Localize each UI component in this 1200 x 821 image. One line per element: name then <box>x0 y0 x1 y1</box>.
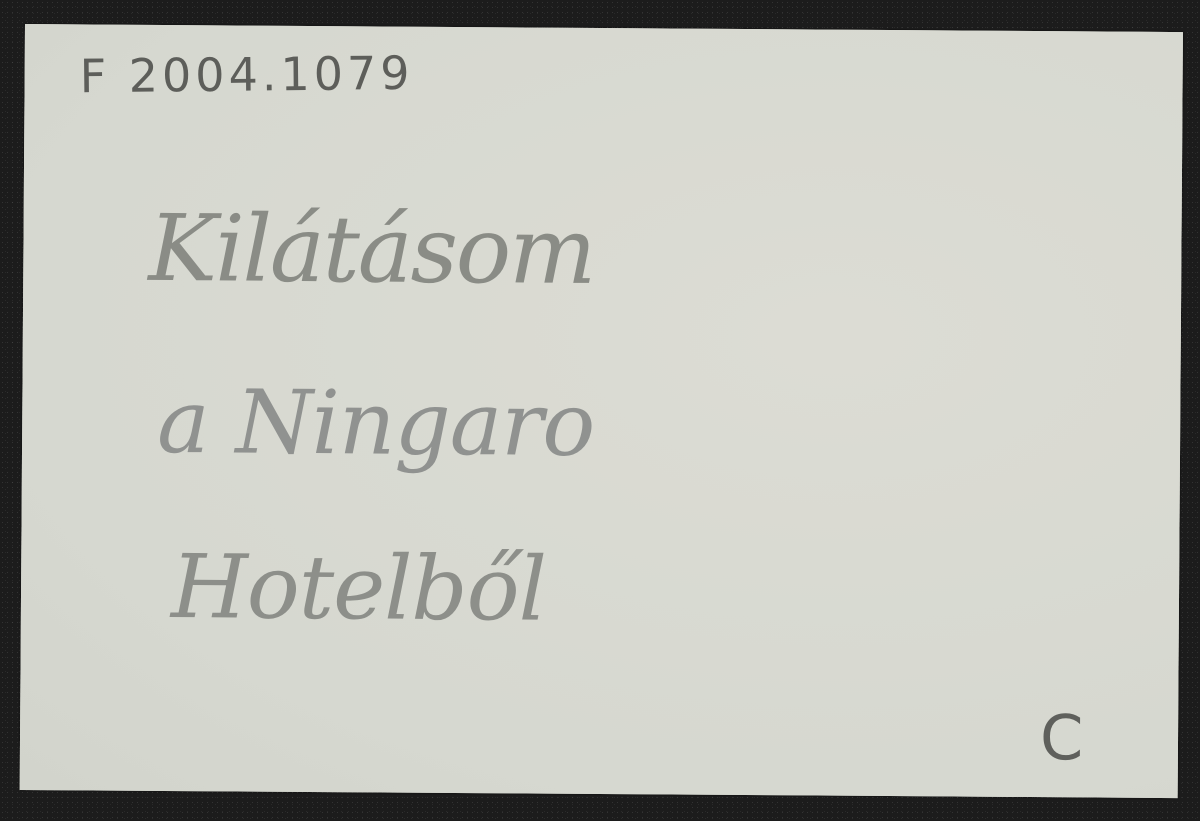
corner-mark: C <box>1040 701 1084 774</box>
inscription-line-2: a Ningaro <box>157 370 595 476</box>
accession-number: F 2004.1079 <box>79 46 413 103</box>
photo-card-verso: F 2004.1079 Kilátásom a Ningaro Hotelből… <box>20 24 1183 798</box>
inscription-line-1: Kilátásom <box>148 195 595 305</box>
inscription-line-3: Hotelből <box>171 535 546 641</box>
